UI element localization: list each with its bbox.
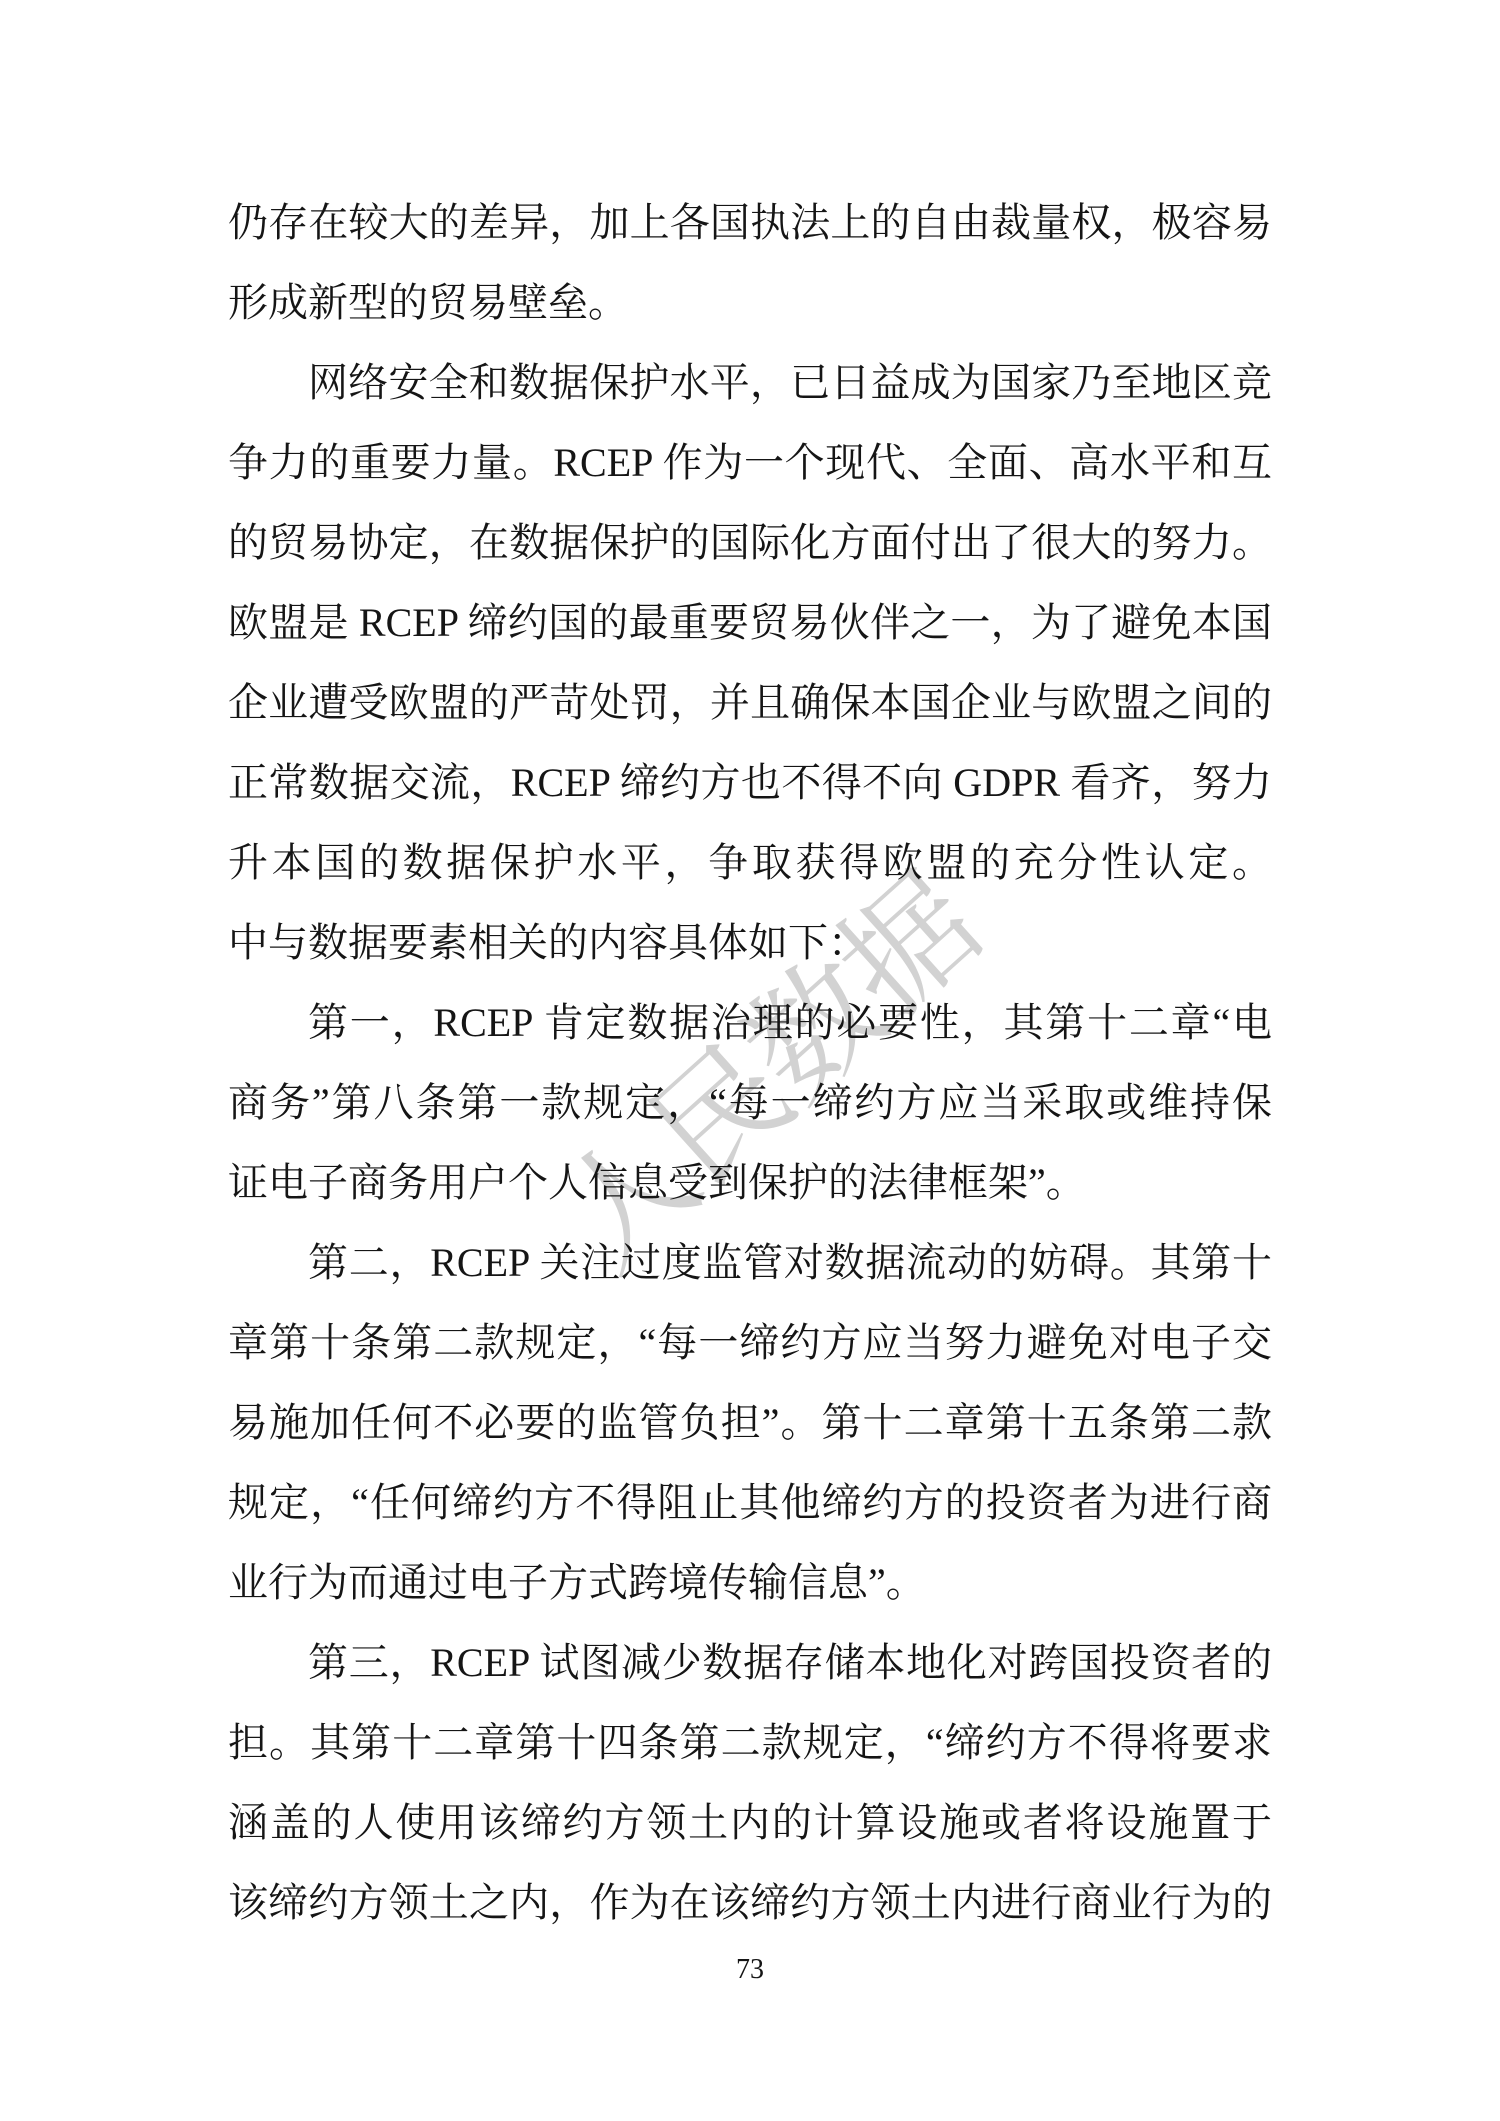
text-line: 第二，RCEP 关注过度监管对数据流动的妨碍。其第十二	[228, 1223, 1272, 1303]
text-line: 涵盖的人使用该缔约方领土内的计算设施或者将设施置于	[228, 1783, 1272, 1863]
text-line: 第一，RCEP 肯定数据治理的必要性，其第十二章“电子	[228, 983, 1272, 1063]
text-line: 该缔约方领土之内，作为在该缔约方领土内进行商业行为的	[228, 1863, 1272, 1943]
text-line: 企业遭受欧盟的严苛处罚，并且确保本国企业与欧盟之间的	[228, 663, 1272, 743]
document-page: 人民数据 仍存在较大的差异，加上各国执法上的自由裁量权，极容易形成新型的贸易壁垒…	[0, 0, 1500, 2121]
text-line: 证电子商务用户个人信息受到保护的法律框架”。	[228, 1143, 1272, 1223]
text-line: 欧盟是 RCEP 缔约国的最重要贸易伙伴之一，为了避免本国	[228, 583, 1272, 663]
text-line: 商务”第八条第一款规定，“每一缔约方应当采取或维持保	[228, 1063, 1272, 1143]
text-line: 争力的重要力量。RCEP 作为一个现代、全面、高水平和互惠	[228, 423, 1272, 503]
text-line: 的贸易协定，在数据保护的国际化方面付出了很大的努力。	[228, 503, 1272, 583]
body-text: 仍存在较大的差异，加上各国执法上的自由裁量权，极容易形成新型的贸易壁垒。网络安全…	[228, 183, 1272, 1943]
page-number: 73	[0, 1950, 1500, 1990]
text-line: 中与数据要素相关的内容具体如下：	[228, 903, 1272, 983]
text-line: 业行为而通过电子方式跨境传输信息”。	[228, 1543, 1272, 1623]
text-line: 规定，“任何缔约方不得阻止其他缔约方的投资者为进行商	[228, 1463, 1272, 1543]
text-line: 仍存在较大的差异，加上各国执法上的自由裁量权，极容易	[228, 183, 1272, 263]
text-line: 正常数据交流，RCEP 缔约方也不得不向 GDPR 看齐，努力提	[228, 743, 1272, 823]
text-line: 第三，RCEP 试图减少数据存储本地化对跨国投资者的负	[228, 1623, 1272, 1703]
text-line: 担。其第十二章第十四条第二款规定，“缔约方不得将要求	[228, 1703, 1272, 1783]
text-line: 网络安全和数据保护水平，已日益成为国家乃至地区竞	[228, 343, 1272, 423]
text-line: 章第十条第二款规定，“每一缔约方应当努力避免对电子交	[228, 1303, 1272, 1383]
text-line: 形成新型的贸易壁垒。	[228, 263, 1272, 343]
text-line: 易施加任何不必要的监管负担”。第十二章第十五条第二款	[228, 1383, 1272, 1463]
text-line: 升本国的数据保护水平，争取获得欧盟的充分性认定。RCEP	[228, 823, 1272, 903]
